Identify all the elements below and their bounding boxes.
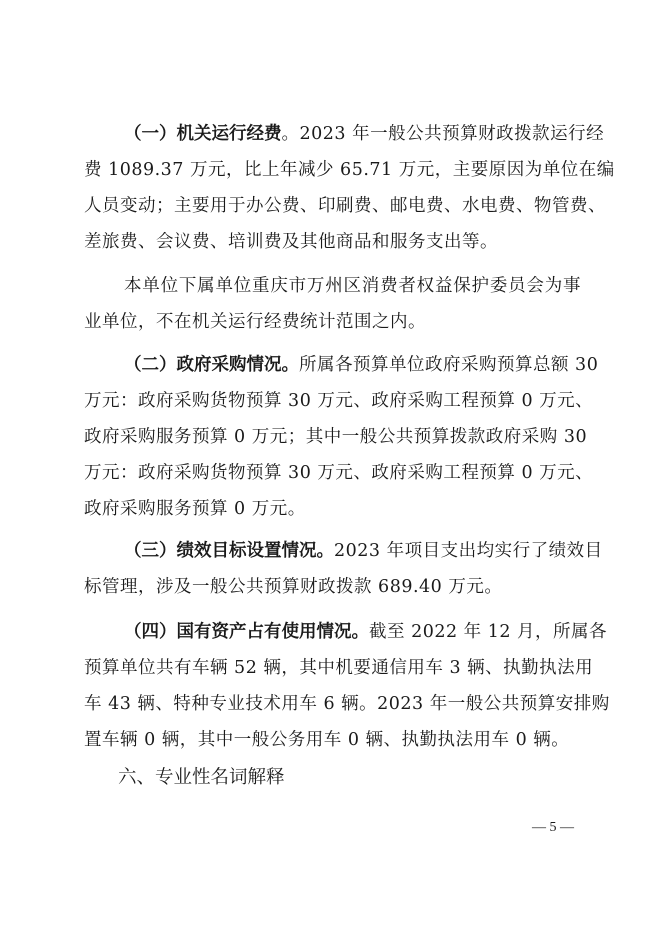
s4-line-4: 置车辆 0 辆，其中一般公务用车 0 辆、执勤执法用车 0 辆。 — [84, 726, 581, 754]
s2-line-5: 政府采购服务预算 0 万元。 — [84, 495, 581, 523]
s4-heading: （四）国有资产占有使用情况。 — [124, 622, 369, 642]
document-page: （一）机关运行经费。2023 年一般公共预算财政拨款运行经 费 1089.37 … — [0, 0, 662, 936]
s1-line-2: 费 1089.37 万元，比上年减少 65.71 万元，主要原因为单位在编 — [84, 156, 581, 184]
s4-line-2: 预算单位共有车辆 52 辆，其中机要通信用车 3 辆、执勤执法用 — [84, 654, 581, 682]
s3-line-1: （三）绩效目标设置情况。2023 年项目支出均实行了绩效目 — [124, 537, 581, 565]
s4-text-1: 截至 2022 年 12 月，所属各 — [369, 622, 607, 642]
section-heading-6: 六、专业性名词解释 — [118, 764, 285, 792]
s3-text-1: 2023 年项目支出均实行了绩效目 — [334, 541, 603, 561]
s2-heading: （二）政府采购情况。 — [124, 355, 299, 375]
page-number: — 5 — — [532, 818, 574, 838]
s4-line-3: 车 43 辆、特种专业技术用车 6 辆。2023 年一般公共预算安排购 — [84, 690, 581, 718]
s1-line-4: 差旅费、会议费、培训费及其他商品和服务支出等。 — [84, 228, 581, 256]
s4-line-1: （四）国有资产占有使用情况。截至 2022 年 12 月，所属各 — [124, 618, 581, 646]
s2-line-3: 政府采购服务预算 0 万元；其中一般公共预算拨款政府采购 30 — [84, 423, 581, 451]
note-line-2: 业单位，不在机关运行经费统计范围之内。 — [84, 308, 581, 336]
s1-line-3: 人员变动；主要用于办公费、印刷费、邮电费、水电费、物管费、 — [84, 192, 581, 220]
s1-heading: （一）机关运行经费 — [124, 124, 282, 144]
s2-text-1: 所属各预算单位政府采购预算总额 30 — [299, 355, 598, 375]
s1-line-1: （一）机关运行经费。2023 年一般公共预算财政拨款运行经 — [124, 120, 581, 148]
s3-line-2: 标管理，涉及一般公共预算财政拨款 689.40 万元。 — [84, 573, 581, 601]
s2-line-4: 万元：政府采购货物预算 30 万元、政府采购工程预算 0 万元、 — [84, 459, 581, 487]
note-line-1: 本单位下属单位重庆市万州区消费者权益保护委员会为事 — [124, 272, 581, 300]
s2-line-1: （二）政府采购情况。所属各预算单位政府采购预算总额 30 — [124, 351, 581, 379]
s2-line-2: 万元：政府采购货物预算 30 万元、政府采购工程预算 0 万元、 — [84, 387, 581, 415]
s3-heading: （三）绩效目标设置情况。 — [124, 541, 334, 561]
s1-text-1: 。2023 年一般公共预算财政拨款运行经 — [282, 124, 605, 144]
